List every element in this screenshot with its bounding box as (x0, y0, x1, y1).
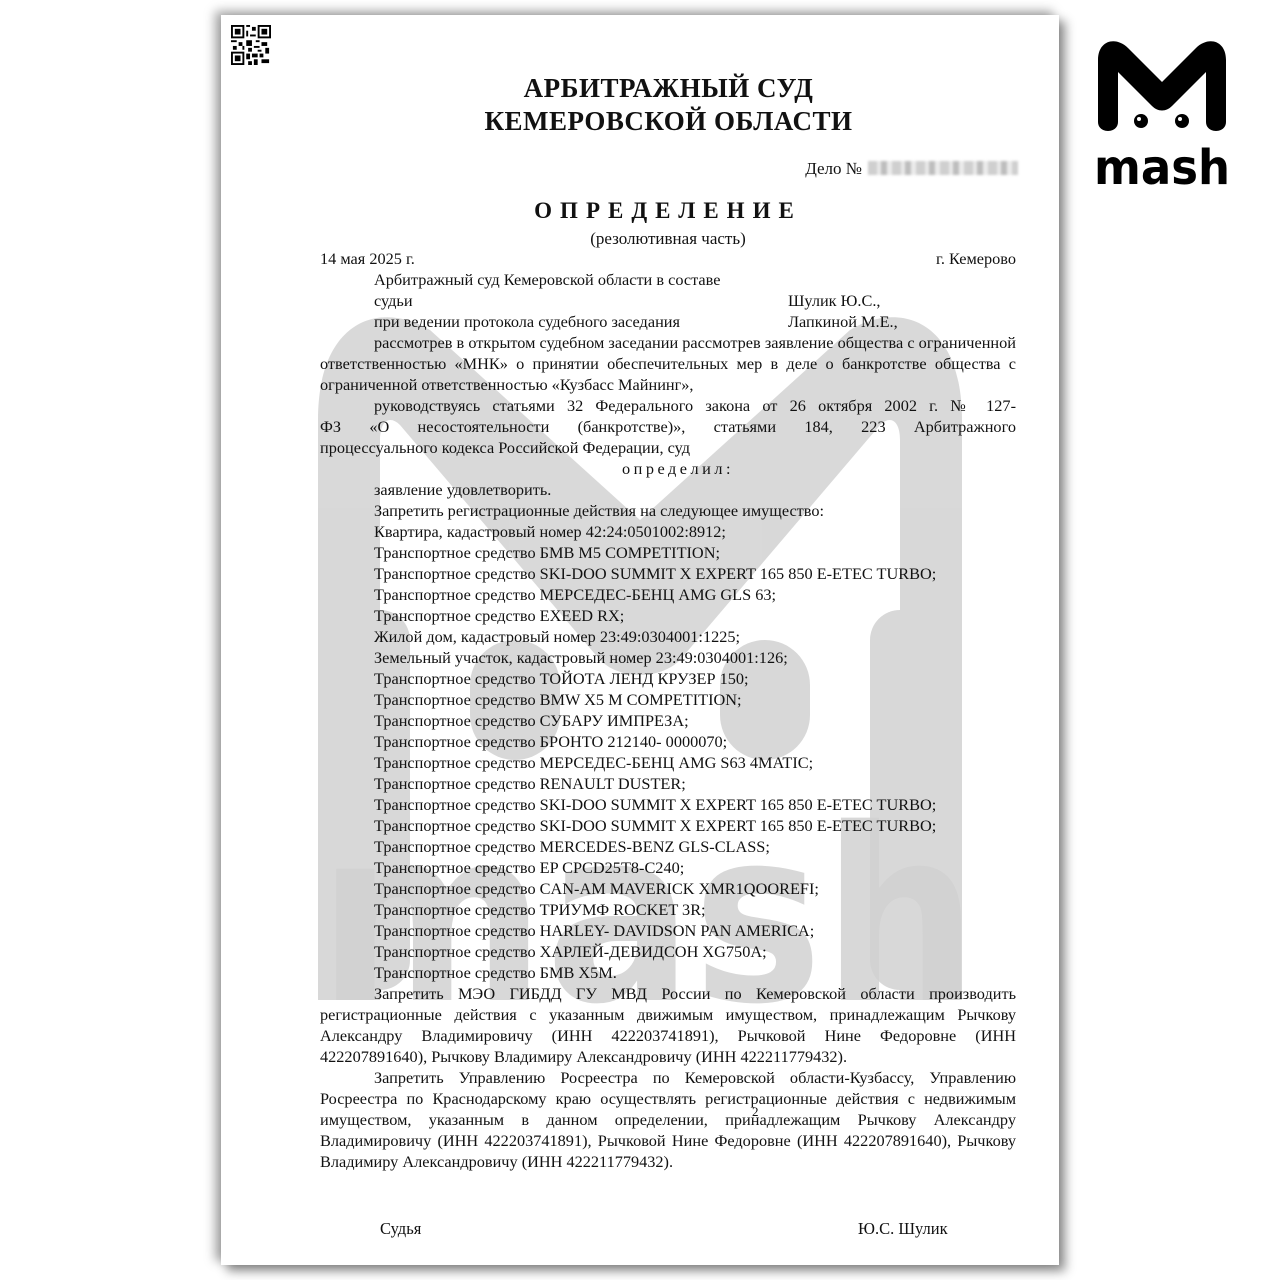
qr-code-icon (231, 24, 271, 66)
property-item: Транспортное средство EXEED RX; (320, 605, 1016, 626)
signature-label: Судья (380, 1219, 421, 1239)
judge-name: Шулик Ю.С., (788, 290, 880, 311)
property-item: Транспортное средство MERCEDES-BENZ GLS-… (320, 836, 1016, 857)
svg-text:mash: mash (1094, 140, 1230, 190)
rosreestr-ban-paragraph: Запретить Управлению Росреестра по Кемер… (320, 1067, 1016, 1172)
property-item: Жилой дом, кадастровый номер 23:49:03040… (320, 626, 1016, 647)
document-title: ОПРЕДЕЛЕНИЕ (0, 200, 1280, 221)
signature-name: Ю.С. Шулик (858, 1219, 948, 1239)
property-item: Транспортное средство СУБАРУ ИМПРЕЗА; (320, 710, 1016, 731)
guided-line-2: ФЗ «О несостоятельности (банкротстве)», … (320, 416, 1016, 437)
secretary-name: Лапкиной М.Е., (788, 311, 898, 332)
property-item: Транспортное средство БРОНТО 212140- 000… (320, 731, 1016, 752)
guided-line-1: руководствуясь статьями 32 Федерального … (320, 395, 1016, 416)
document-body: 14 мая 2025 г. г. Кемерово Арбитражный с… (320, 248, 1016, 1172)
property-item: Транспортное средство SKI-DOO SUMMIT X E… (320, 815, 1016, 836)
property-item: Земельный участок, кадастровый номер 23:… (320, 647, 1016, 668)
guided-line-3: процессуального кодекса Российской Федер… (320, 437, 1016, 458)
property-item: Транспортное средство ТОЙОТА ЛЕНД КРУЗЕР… (320, 668, 1016, 689)
court-composition: Арбитражный суд Кемеровской области в со… (320, 269, 1016, 290)
gibdd-ban-paragraph: Запретить МЭО ГИБДД ГУ МВД России по Кем… (320, 983, 1016, 1067)
page-number: 2 (698, 1101, 759, 1122)
case-number: Дело № (805, 158, 1018, 179)
ban-intro: Запретить регистрационные действия на сл… (320, 500, 1016, 521)
property-item: Транспортное средство ХАРЛЕЙ-ДЕВИДСОН XG… (320, 941, 1016, 962)
document-date: 14 мая 2025 г. (320, 248, 415, 269)
document-subtitle: (резолютивная часть) (0, 228, 1280, 249)
property-item: Транспортное средство МЕРСЕДЕС-БЕНЦ AMG … (320, 584, 1016, 605)
secretary-row: при ведении протокола судебного заседани… (320, 311, 1016, 332)
property-item: Транспортное средство CAN-AM MAVERICK XM… (320, 878, 1016, 899)
date-city-row: 14 мая 2025 г. г. Кемерово (320, 248, 1016, 269)
property-list: Квартира, кадастровый номер 42:24:050100… (320, 521, 1016, 983)
judge-row: судьи Шулик Ю.С., (320, 290, 1016, 311)
property-item: Транспортное средство БМВ X5M. (320, 962, 1016, 983)
document-city: г. Кемерово (936, 248, 1016, 269)
property-item: Транспортное средство SKI-DOO SUMMIT X E… (320, 794, 1016, 815)
property-item: Транспортное средство МЕРСЕДЕС-БЕНЦ AMG … (320, 752, 1016, 773)
property-item: Транспортное средство RENAULT DUSTER; (320, 773, 1016, 794)
decided-heading: определил: (320, 458, 1016, 479)
property-item: Транспортное средство BMW X5 M COMPETITI… (320, 689, 1016, 710)
considered-paragraph: рассмотрев в открытом судебном заседании… (320, 332, 1016, 395)
case-number-redacted (868, 161, 1018, 175)
property-item: Транспортное средство EP CPCD25T8-C240; (320, 857, 1016, 878)
property-item: Квартира, кадастровый номер 42:24:050100… (320, 521, 1016, 542)
property-item: Транспортное средство БМВ M5 COMPETITION… (320, 542, 1016, 563)
court-name: АРБИТРАЖНЫЙ СУД КЕМЕРОВСКОЙ ОБЛАСТИ (0, 72, 1280, 138)
grant-line: заявление удовлетворить. (320, 479, 1016, 500)
property-item: Транспортное средство HARLEY- DAVIDSON P… (320, 920, 1016, 941)
property-item: Транспортное средство SKI-DOO SUMMIT X E… (320, 563, 1016, 584)
property-item: Транспортное средство ТРИУМФ ROCKET 3R; (320, 899, 1016, 920)
